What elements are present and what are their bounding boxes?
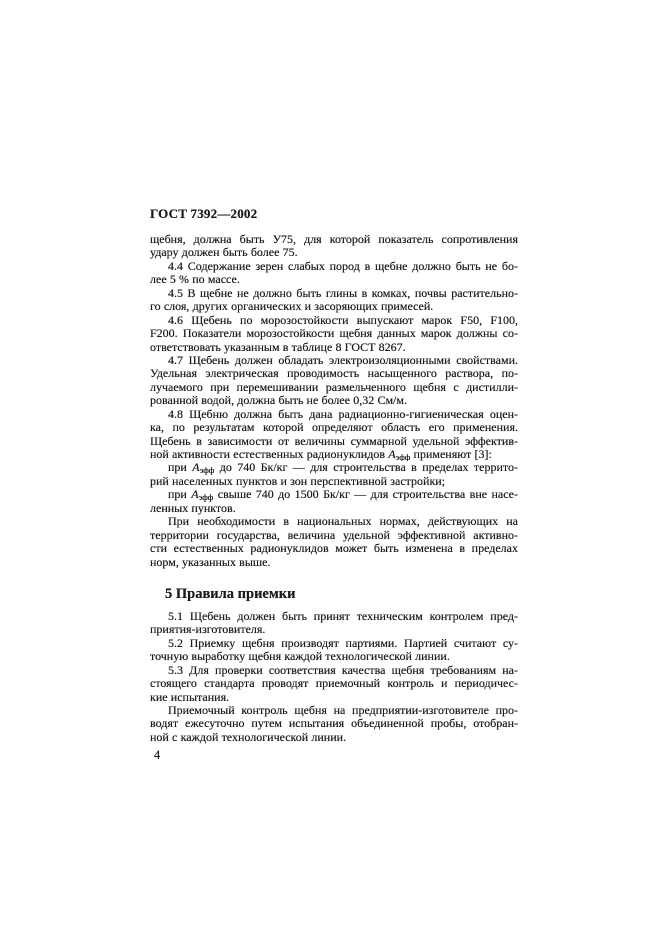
text-line: 5.1 Щебень должен быть принят технически… <box>150 610 518 623</box>
text-line: 5.3 Для проверки соответствия качества щ… <box>150 664 518 677</box>
subscript: эфф <box>200 465 215 475</box>
section-heading: 5 Правила приемки <box>150 586 518 602</box>
body-text-before-heading: щебня, должна быть У75, для которой пока… <box>150 233 518 569</box>
variable-symbol: А <box>388 448 395 461</box>
text-line: 4.8 Щебню должна быть дана радиационно-г… <box>150 408 518 421</box>
text-line: 4.5 В щебне не должно быть глины в комка… <box>150 287 518 300</box>
text-line: при Аэфф до 740 Бк/кг — для строительств… <box>150 461 518 474</box>
body-text-after-heading: 5.1 Щебень должен быть принят технически… <box>150 610 518 744</box>
text-line: F200. Показатели морозостойкости щебня д… <box>150 327 518 340</box>
text-line: ка, по результатам которой определяют об… <box>150 421 518 434</box>
document-body: щебня, должна быть У75, для которой пока… <box>150 233 518 744</box>
text-line: удару должен быть более 75. <box>150 246 518 259</box>
text-line: ленных пунктов. <box>150 502 518 515</box>
text-line: Приемочный контроль щебня на предприятии… <box>150 704 518 717</box>
text-line: ной с каждой технологической линии. <box>150 731 518 744</box>
subscript: эфф <box>396 452 411 462</box>
text-line: Щебень в зависимости от величины суммарн… <box>150 435 518 448</box>
text-line: го слоя, других органических и засоряющи… <box>150 300 518 313</box>
subscript: эфф <box>199 492 214 502</box>
text-line: При необходимости в национальных нормах,… <box>150 515 518 528</box>
variable-symbol: А <box>191 488 198 501</box>
text-line: щебня, должна быть У75, для которой пока… <box>150 233 518 246</box>
text-line: ответствовать указанным в таблице 8 ГОСТ… <box>150 341 518 354</box>
text-line: территории государства, величина удельно… <box>150 529 518 542</box>
text-line: ной активности естественных радионуклидо… <box>150 448 518 461</box>
text-line: лучаемого при перемешивании размельченно… <box>150 381 518 394</box>
variable-symbol: А <box>192 461 199 474</box>
text-line: рий населенных пунктов и зон перспективн… <box>150 475 518 488</box>
text-line: точную выработку щебня каждой технологич… <box>150 650 518 663</box>
text-line: 4.6 Щебень по морозостойкости выпускают … <box>150 314 518 327</box>
text-line: стоящего стандарта проводят приемочный к… <box>150 677 518 690</box>
document-page: ГОСТ 7392—2002 щебня, должна быть У75, д… <box>0 0 661 935</box>
text-line: сти естественных радионуклидов может быт… <box>150 542 518 555</box>
text-line: 5.2 Приемку щебня производят партиями. П… <box>150 637 518 650</box>
page-number: 4 <box>154 748 160 762</box>
text-line: 4.7 Щебень должен обладать электроизоляц… <box>150 354 518 367</box>
running-header: ГОСТ 7392—2002 <box>150 207 257 221</box>
text-line: лее 5 % по массе. <box>150 273 518 286</box>
text-line: приятия-изготовителя. <box>150 623 518 636</box>
text-line: рованной водой, должна быть не более 0,3… <box>150 394 518 407</box>
text-line: при Аэфф свыше 740 до 1500 Бк/кг — для с… <box>150 488 518 501</box>
text-line: кие испытания. <box>150 691 518 704</box>
text-line: водят ежесуточно путем испытания объедин… <box>150 717 518 730</box>
text-line: Удельная электрическая проводимость насы… <box>150 367 518 380</box>
text-line: норм, указанных выше. <box>150 556 518 569</box>
text-line: 4.4 Содержание зерен слабых пород в щебн… <box>150 260 518 273</box>
